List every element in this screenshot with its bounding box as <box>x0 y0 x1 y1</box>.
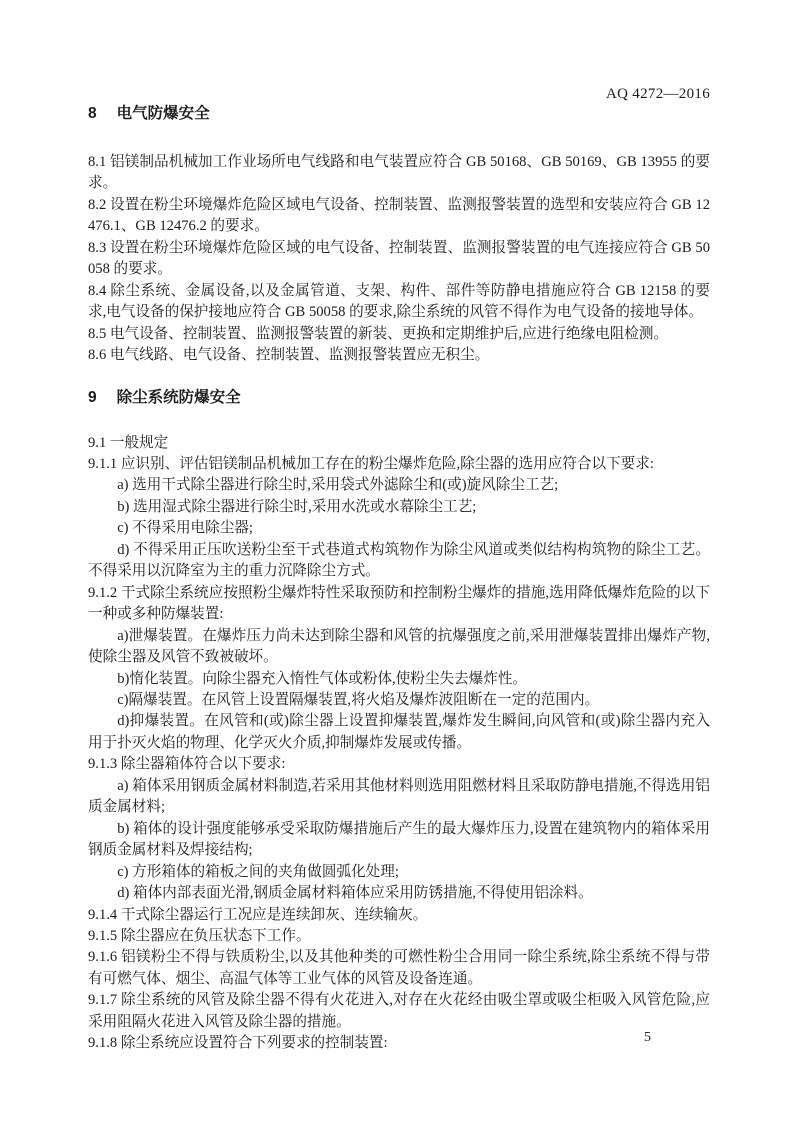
section-8-title: 电气防爆安全 <box>117 105 210 122</box>
list-item-9-1-1-a: a) 选用干式除尘器进行除尘时,采用袋式外滤除尘和(或)旋风除尘工艺; <box>88 475 710 496</box>
section-9-heading: 9除尘系统防爆安全 <box>88 389 710 407</box>
list-item-9-1-2-d: d)抑爆装置。在风管和(或)除尘器上设置抑爆装置,爆炸发生瞬间,向风管和(或)除… <box>88 711 710 754</box>
list-item-9-1-3-d: d) 箱体内部表面光滑,钢质金属材料箱体应采用防锈措施,不得使用铝涂料。 <box>88 883 710 904</box>
clause-8-5: 8.5 电气设备、控制装置、监测报警装置的新装、更换和定期维护后,应进行绝缘电阻… <box>88 324 710 345</box>
clause-9-1-8: 9.1.8 除尘系统应设置符合下列要求的控制装置: <box>88 1033 710 1054</box>
document-page: AQ 4272—2016 8电气防爆安全 8.1 铝镁制品机械加工作业场所电气线… <box>0 0 794 1123</box>
section-9-number: 9 <box>88 389 97 407</box>
list-item-9-1-1-c: c) 不得采用电除尘器; <box>88 518 710 539</box>
clause-8-2: 8.2 设置在粉尘环境爆炸危险区域电气设备、控制装置、监测报警装置的选型和安装应… <box>88 195 710 238</box>
list-item-9-1-2-c: c)隔爆装置。在风管上设置隔爆装置,将火焰及爆炸波阻断在一定的范围内。 <box>88 690 710 711</box>
section-8-body: 8.1 铝镁制品机械加工作业场所电气线路和电气装置应符合 GB 50168、GB… <box>88 152 710 367</box>
list-item-9-1-3-a: a) 箱体采用钢质金属材料制造,若采用其他材料则选用阻燃材料且采取防静电措施,不… <box>88 776 710 819</box>
clause-8-1: 8.1 铝镁制品机械加工作业场所电气线路和电气装置应符合 GB 50168、GB… <box>88 152 710 195</box>
clause-9-1-2: 9.1.2 干式除尘系统应按照粉尘爆炸特性采取预防和控制粉尘爆炸的措施,选用降低… <box>88 583 710 626</box>
page-number: 5 <box>644 1030 651 1046</box>
clause-8-4: 8.4 除尘系统、金属设备,以及金属管道、支架、构件、部件等防静电措施应符合 G… <box>88 281 710 324</box>
list-item-9-1-2-b: b)惰化装置。向除尘器充入惰性气体或粉体,使粉尘失去爆炸性。 <box>88 669 710 690</box>
clause-9-1-4: 9.1.4 干式除尘器运行工况应是连续卸灰、连续输灰。 <box>88 905 710 926</box>
list-item-9-1-1-b: b) 选用湿式除尘器进行除尘时,采用水洗或水幕除尘工艺; <box>88 497 710 518</box>
list-item-9-1-3-c: c) 方形箱体的箱板之间的夹角做圆弧化处理; <box>88 862 710 883</box>
section-8-heading: 8电气防爆安全 <box>88 105 710 123</box>
clause-9-1-1: 9.1.1 应识别、评估铝镁制品机械加工存在的粉尘爆炸危险,除尘器的选用应符合以… <box>88 454 710 475</box>
clause-8-6: 8.6 电气线路、电气设备、控制装置、监测报警装置应无积尘。 <box>88 345 710 366</box>
clause-9-1-6: 9.1.6 铝镁粉尘不得与铁质粉尘,以及其他种类的可燃性粉尘合用同一除尘系统,除… <box>88 947 710 990</box>
section-9-body: 9.1 一般规定 9.1.1 应识别、评估铝镁制品机械加工存在的粉尘爆炸危险,除… <box>88 433 710 1055</box>
clause-8-3: 8.3 设置在粉尘环境爆炸危险区域的电气设备、控制装置、监测报警装置的电气连接应… <box>88 238 710 281</box>
clause-9-1-7: 9.1.7 除尘系统的风管及除尘器不得有火花进入,对存在火花经由吸尘罩或吸尘柜吸… <box>88 990 710 1033</box>
standard-code: AQ 4272—2016 <box>88 86 710 102</box>
clause-9-1: 9.1 一般规定 <box>88 433 710 454</box>
list-item-9-1-1-d: d) 不得采用正压吹送粉尘至干式巷道式构筑物作为除尘风道或类似结构构筑物的除尘工… <box>88 540 710 583</box>
list-item-9-1-2-a: a)泄爆装置。在爆炸压力尚未达到除尘器和风管的抗爆强度之前,采用泄爆装置排出爆炸… <box>88 626 710 669</box>
list-item-9-1-3-b: b) 箱体的设计强度能够承受采取防爆措施后产生的最大爆炸压力,设置在建筑物内的箱… <box>88 819 710 862</box>
clause-9-1-5: 9.1.5 除尘器应在负压状态下工作。 <box>88 926 710 947</box>
clause-9-1-3: 9.1.3 除尘器箱体符合以下要求: <box>88 754 710 775</box>
section-8-number: 8 <box>88 105 97 123</box>
section-9-title: 除尘系统防爆安全 <box>117 389 241 406</box>
